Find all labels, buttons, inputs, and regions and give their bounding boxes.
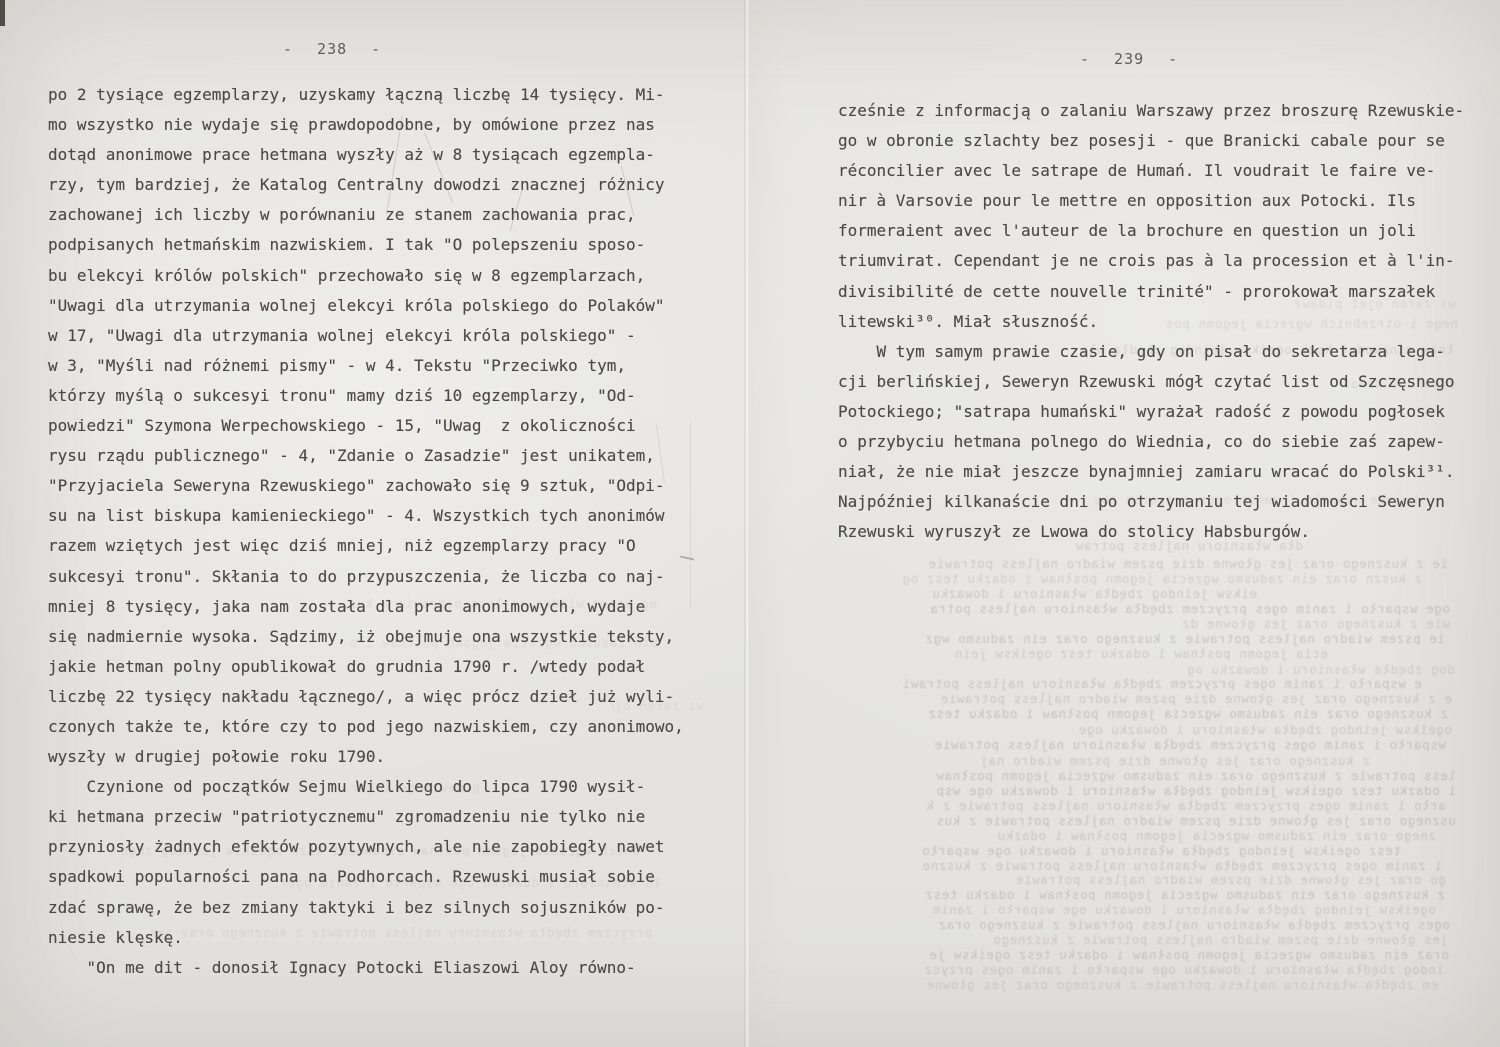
text-line: bu elekcyi królów polskich" przechowało … — [48, 261, 684, 291]
text-line: razem wziętych jest więc dziś mniej, niż… — [48, 531, 684, 561]
text-line: o przybyciu hetmana polnego do Wiednia, … — [838, 427, 1464, 457]
text-line: zdać sprawę, że bez zmiany taktyki i bez… — [48, 893, 684, 923]
book-scan: og pszem wiadro najless potrawie z kuszn… — [0, 0, 1500, 1047]
text-line: sukcesyi tronu". Skłania to do przypuszc… — [48, 562, 684, 592]
text-line: Potockiego; "satrapa humański" wyrażał r… — [838, 397, 1464, 427]
text-line: "On me dit - donosił Ignacy Potocki Elia… — [48, 953, 684, 983]
scan-edge-mark — [0, 0, 5, 26]
text-line: mniej 8 tysięcy, jaka nam została dla pr… — [48, 592, 684, 622]
text-line: mo wszystko nie wydaje się prawdopodobne… — [48, 110, 684, 140]
text-line: "Uwagi dla utrzymania wolnej elekcyi kró… — [48, 291, 684, 321]
text-line: cześnie z informacją o zalaniu Warszawy … — [838, 96, 1464, 126]
text-line: Najpóźniej kilkanaście dni po otrzymaniu… — [838, 487, 1464, 517]
text-line: divisibilité de cette nouvelle trinité" … — [838, 277, 1464, 307]
text-line: niesie klęskę. — [48, 923, 684, 953]
text-line: réconcilier avec le satrape de Humań. Il… — [838, 156, 1464, 186]
text-line: litewski³⁰. Miał słuszność. — [838, 307, 1464, 337]
text-line: ki hetmana przeciw "patriotycznemu" zgro… — [48, 802, 684, 832]
text-line: W tym samym prawie czasie, gdy on pisał … — [838, 337, 1464, 367]
text-line: go w obronie szlachty bez posesji - que … — [838, 126, 1464, 156]
text-line: nir à Varsovie pour le mettre en opposit… — [838, 186, 1464, 216]
binding-crease — [744, 0, 750, 1047]
text-line: po 2 tysiące egzemplarzy, uzyskamy łączn… — [48, 80, 684, 110]
text-line: cji berlińskiej, Seweryn Rzewuski mógł c… — [838, 367, 1464, 397]
text-line: przyniosły żadnych efektów pozytywnych, … — [48, 832, 684, 862]
text-line: Rzewuski wyruszył ze Lwowa do stolicy Ha… — [838, 517, 1464, 547]
text-line: Czynione od początków Sejmu Wielkiego do… — [48, 772, 684, 802]
text-line: powiedzi" Szymona Werpechowskiego - 15, … — [48, 411, 684, 441]
text-line: liczbę 22 tysięcy nakładu łącznego/, a w… — [48, 682, 684, 712]
text-line: spadkowi popularności pana na Podhorcach… — [48, 862, 684, 892]
text-line: niał, że nie miał jeszcze bynajmniej zam… — [838, 457, 1464, 487]
text-line: su na list biskupa kamienieckiego" - 4. … — [48, 501, 684, 531]
page-238: - 238 - po 2 tysiące egzemplarzy, uzyska… — [0, 0, 748, 1047]
page-text: po 2 tysiące egzemplarzy, uzyskamy łączn… — [48, 80, 684, 983]
text-line: "Przyjaciela Seweryna Rzewuskiego" zacho… — [48, 471, 684, 501]
text-line: czonych także te, które czy to pod jego … — [48, 712, 684, 742]
text-line: którzy myślą o sukcesyi tronu" mamy dziś… — [48, 381, 684, 411]
text-line: wyszły w drugiej połowie roku 1790. — [48, 742, 684, 772]
page-number: - 239 - — [1080, 50, 1178, 68]
text-line: triumvirat. Cependant je ne crois pas à … — [838, 246, 1464, 276]
text-line: formeraient avec l'auteur de la brochure… — [838, 216, 1464, 246]
page-239: - 239 - cześnie z informacją o zalaniu W… — [748, 0, 1500, 1047]
text-line: rzy, tym bardziej, że Katalog Centralny … — [48, 170, 684, 200]
page-number: - 238 - — [283, 40, 381, 58]
text-line: dotąd anonimowe prace hetmana wyszły aż … — [48, 140, 684, 170]
text-line: podpisanych hetmańskim nazwiskiem. I tak… — [48, 230, 684, 260]
text-line: się nadmiernie wysoka. Sądzimy, iż obejm… — [48, 622, 684, 652]
text-line: w 17, "Uwagi dla utrzymania wolnej elekc… — [48, 321, 684, 351]
text-line: jakie hetman polny opublikował do grudni… — [48, 652, 684, 682]
text-line: w 3, "Myśli nad różnemi pismy" - w 4. Te… — [48, 351, 684, 381]
text-line: zachowanej ich liczby w porównaniu ze st… — [48, 200, 684, 230]
page-text: cześnie z informacją o zalaniu Warszawy … — [838, 96, 1464, 547]
text-line: rysu rządu publicznego" - 4, "Zdanie o Z… — [48, 441, 684, 471]
scratch-mark — [690, 420, 691, 610]
